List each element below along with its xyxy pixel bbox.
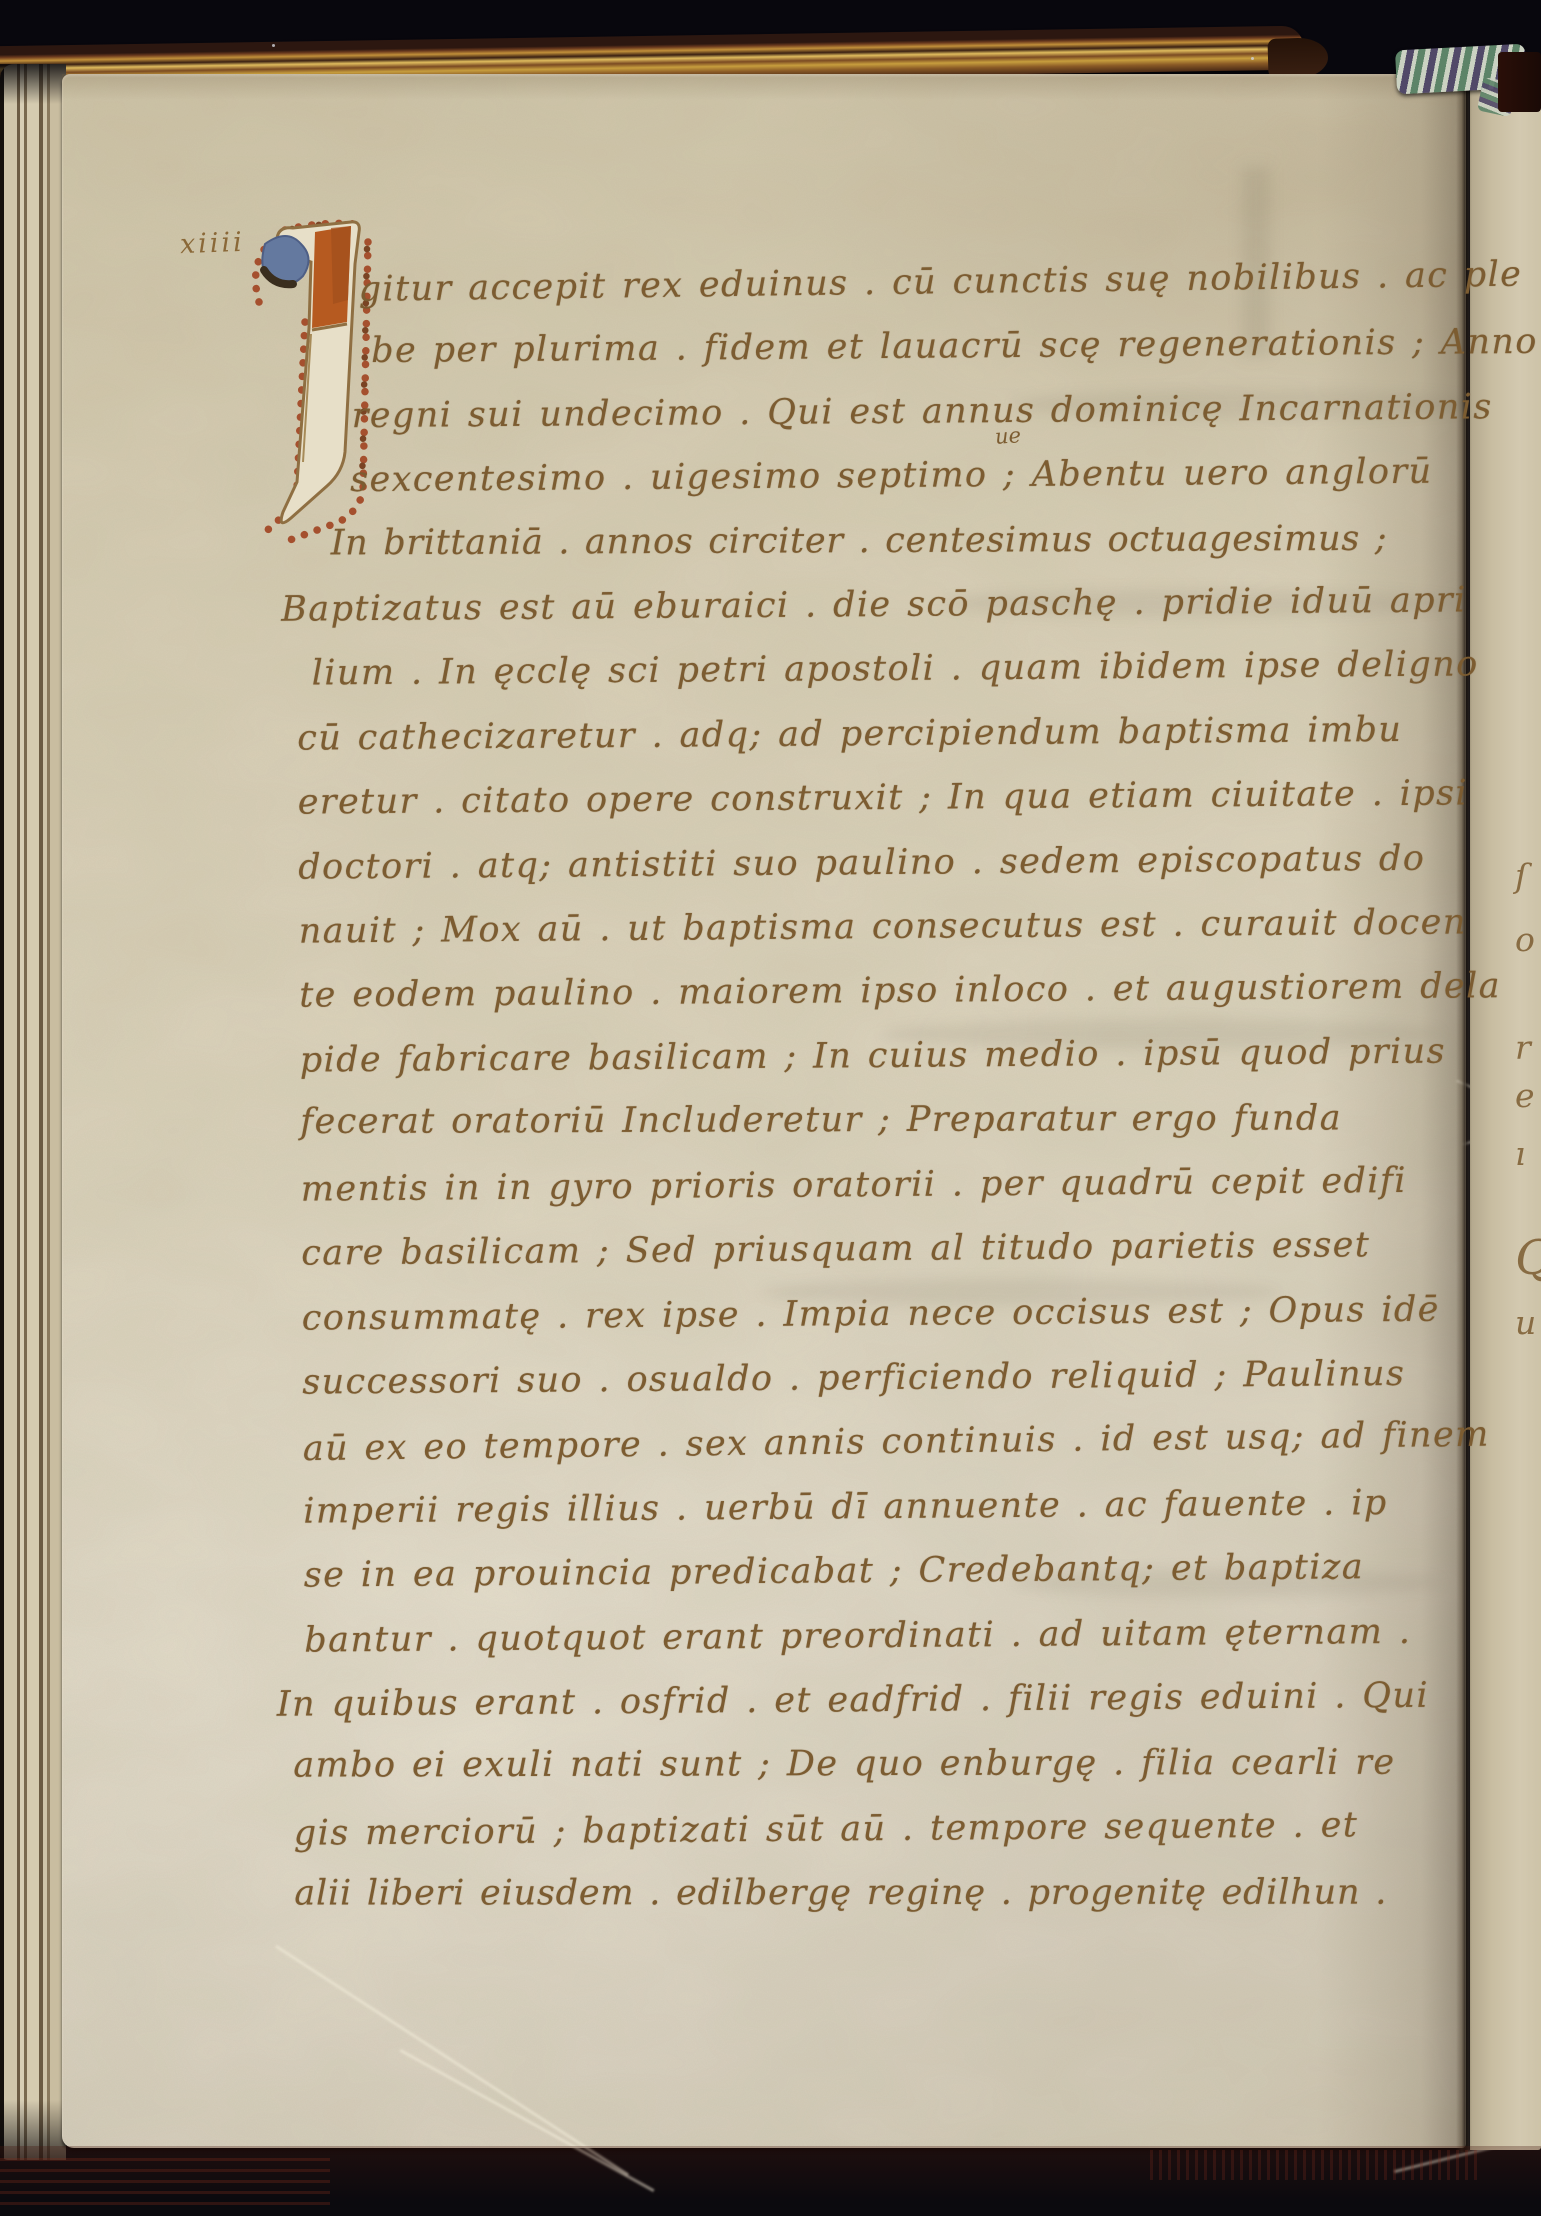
manuscript-line: lium . In ęcclę sci petri apostoli . qua… [296,633,1466,707]
manuscript-line: mentis in in gyro prioris oratorii . per… [301,1148,1471,1222]
manuscript-line: alii liberi eiusdem . edilbergę reginę .… [294,1861,1476,1926]
manuscript-line: In brittaniā . annos circiter . centesim… [296,506,1466,576]
manuscript-line: gitur accepit rex eduinus . cū cunctis s… [293,243,1464,323]
manuscript-line: nauit ; Mox aū . ut baptisma consecutus … [299,890,1469,964]
book-top-edge-cap [1267,37,1328,79]
parchment-crease [275,1945,629,2176]
facing-page-text-fragment: Q [1515,1230,1541,1286]
manuscript-photo: ſoreıQu xiiii I ue gitur accepit rex edu… [0,0,1541,2216]
spine-leather [1498,52,1541,112]
bottom-page-edges-left [0,2158,330,2206]
manuscript-line: doctori . atq; antistiti suo paulino . s… [298,826,1468,900]
bottom-page-edges-right [1150,2150,1480,2180]
page-top-shading [62,74,1466,100]
fore-edge-page-stack [0,64,66,2160]
facing-page-text-fragment: ı [1515,1134,1526,1173]
manuscript-line: cū cathecizaretur . adq; ad percipiendum… [297,697,1467,771]
manuscript-line: be per plurima . fidem et lauacrū scę re… [294,311,1464,385]
manuscript-line: te eodem paulino . maiorem ipso inloco .… [299,955,1469,1029]
manuscript-line: ambo ei exuli nati sunt ; De quo enburgę… [293,1731,1475,1799]
manuscript-line: aū ex eo tempore . sex annis continuis .… [302,1403,1473,1482]
manuscript-line: successori suo . osualdo . perficiendo r… [302,1341,1472,1415]
text-block: gitur accepit rex eduinus . cū cunctis s… [293,246,1476,1930]
manuscript-line: regni sui undecimo . Qui est annus domin… [294,375,1464,449]
facing-page-text-fragment: r [1515,1028,1531,1067]
manuscript-line: fecerat oratoriū Includeretur ; Preparat… [300,1086,1470,1154]
facing-page-text-fragment: ſ [1515,856,1527,895]
facing-page-text-fragment: u [1515,1303,1536,1342]
manuscript-line: eretur . citato opere construxit ; In qu… [297,762,1467,836]
manuscript-line: Baptizatus est aū eburaici . die scō pas… [281,568,1466,642]
manuscript-line: gis merciorū ; baptizati sūt aū . tempor… [294,1792,1476,1866]
manuscript-line: consummatę . rex ipse . Impia nece occis… [302,1277,1472,1351]
manuscript-line: care basilicam ; Sed priusquam al titudo… [301,1212,1471,1286]
manuscript-line: se in ea prouincia predicabat ; Credeban… [304,1535,1474,1609]
manuscript-line: bantur . quotquot erant preordinati . ad… [304,1599,1474,1673]
manuscript-line: imperii regis illius . uerbū dī annuente… [303,1470,1473,1544]
facing-page-text-fragment: o [1515,920,1535,959]
manuscript-line: pide fabricare basilicam ; In cuius medi… [300,1019,1470,1093]
manuscript-line: In quibus erant . osfrid . et eadfrid . … [277,1663,1475,1737]
manuscript-line: sexcentesimo . uigesimo septimo ; Abentu… [295,440,1465,514]
dust-speck [1251,57,1254,60]
dust-speck [272,44,275,47]
facing-page-text-fragment: e [1515,1076,1535,1115]
